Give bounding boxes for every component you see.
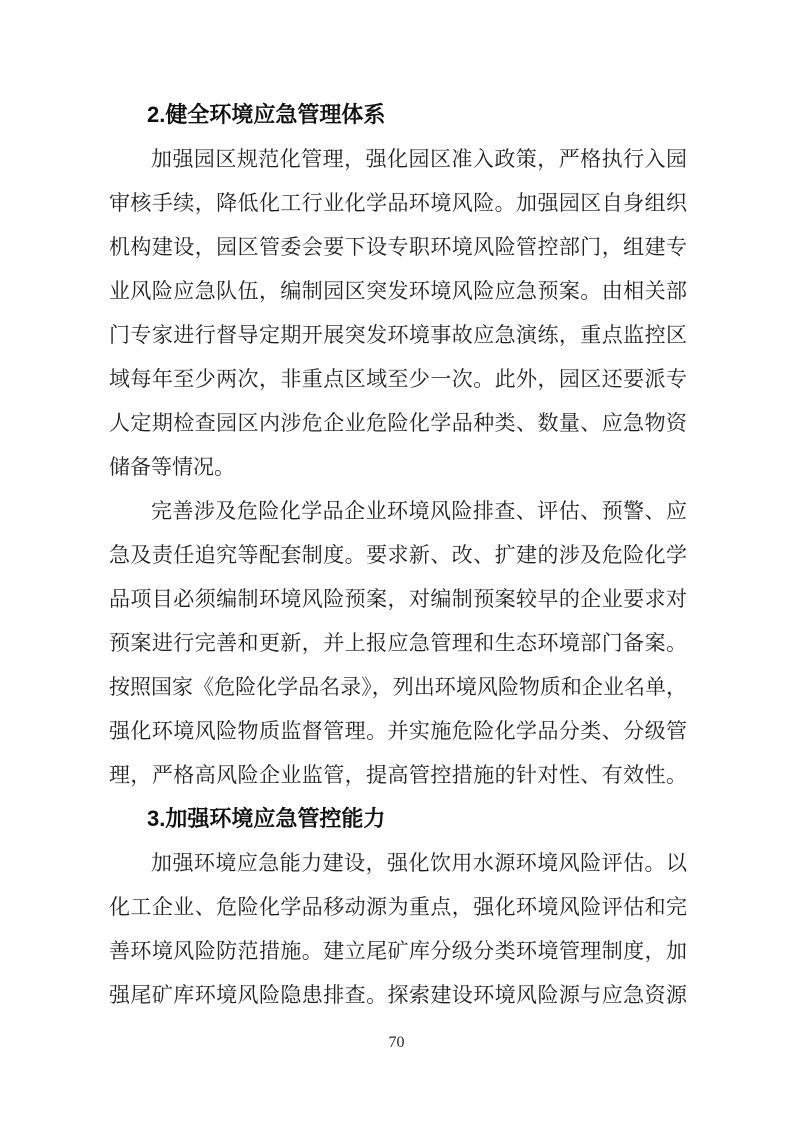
text-line: 完善涉及危险化学品企业环境风险排查、评估、预警、应: [109, 489, 687, 533]
paragraph: 完善涉及危险化学品企业环境风险排查、评估、预警、应急及责任追究等配套制度。要求新…: [109, 489, 687, 797]
text-line: 加强环境应急能力建设，强化饮用水源环境风险评估。以: [109, 841, 687, 885]
document-page: 2.健全环境应急管理体系加强园区规范化管理，强化园区准入政策，严格执行入园审核手…: [0, 0, 793, 1122]
text-line: 强化环境风险物质监督管理。并实施危险化学品分类、分级管: [109, 709, 687, 753]
paragraph: 加强环境应急能力建设，强化饮用水源环境风险评估。以化工企业、危险化学品移动源为重…: [109, 841, 687, 1017]
text-line: 域每年至少两次，非重点区域至少一次。此外，园区还要派专: [109, 357, 687, 401]
text-line: 急及责任追究等配套制度。要求新、改、扩建的涉及危险化学: [109, 533, 687, 577]
text-line: 预案进行完善和更新，并上报应急管理和生态环境部门备案。: [109, 621, 687, 665]
text-line: 强尾矿库环境风险隐患排查。探索建设环境风险源与应急资源: [109, 973, 687, 1017]
text-line: 储备等情况。: [109, 445, 687, 489]
paragraph: 加强园区规范化管理，强化园区准入政策，严格执行入园审核手续，降低化工行业化学品环…: [109, 137, 687, 489]
text-line: 品项目必须编制环境风险预案，对编制预案较早的企业要求对: [109, 577, 687, 621]
document-content: 2.健全环境应急管理体系加强园区规范化管理，强化园区准入政策，严格执行入园审核手…: [109, 93, 687, 1017]
text-line: 善环境风险防范措施。建立尾矿库分级分类环境管理制度，加: [109, 929, 687, 973]
text-line: 人定期检查园区内涉危企业危险化学品种类、数量、应急物资: [109, 401, 687, 445]
text-line: 化工企业、危险化学品移动源为重点，强化环境风险评估和完: [109, 885, 687, 929]
text-line: 加强园区规范化管理，强化园区准入政策，严格执行入园: [109, 137, 687, 181]
text-line: 按照国家《危险化学品名录》，列出环境风险物质和企业名单，: [109, 665, 687, 709]
page-number: 70: [0, 1028, 793, 1058]
section-heading: 2.健全环境应急管理体系: [109, 93, 687, 137]
text-line: 审核手续，降低化工行业化学品环境风险。加强园区自身组织: [109, 181, 687, 225]
text-line: 业风险应急队伍，编制园区突发环境风险应急预案。由相关部: [109, 269, 687, 313]
text-line: 理，严格高风险企业监管，提高管控措施的针对性、有效性。: [109, 753, 687, 797]
text-line: 机构建设，园区管委会要下设专职环境风险管控部门，组建专: [109, 225, 687, 269]
text-line: 门专家进行督导定期开展突发环境事故应急演练，重点监控区: [109, 313, 687, 357]
section-heading: 3.加强环境应急管控能力: [109, 797, 687, 841]
